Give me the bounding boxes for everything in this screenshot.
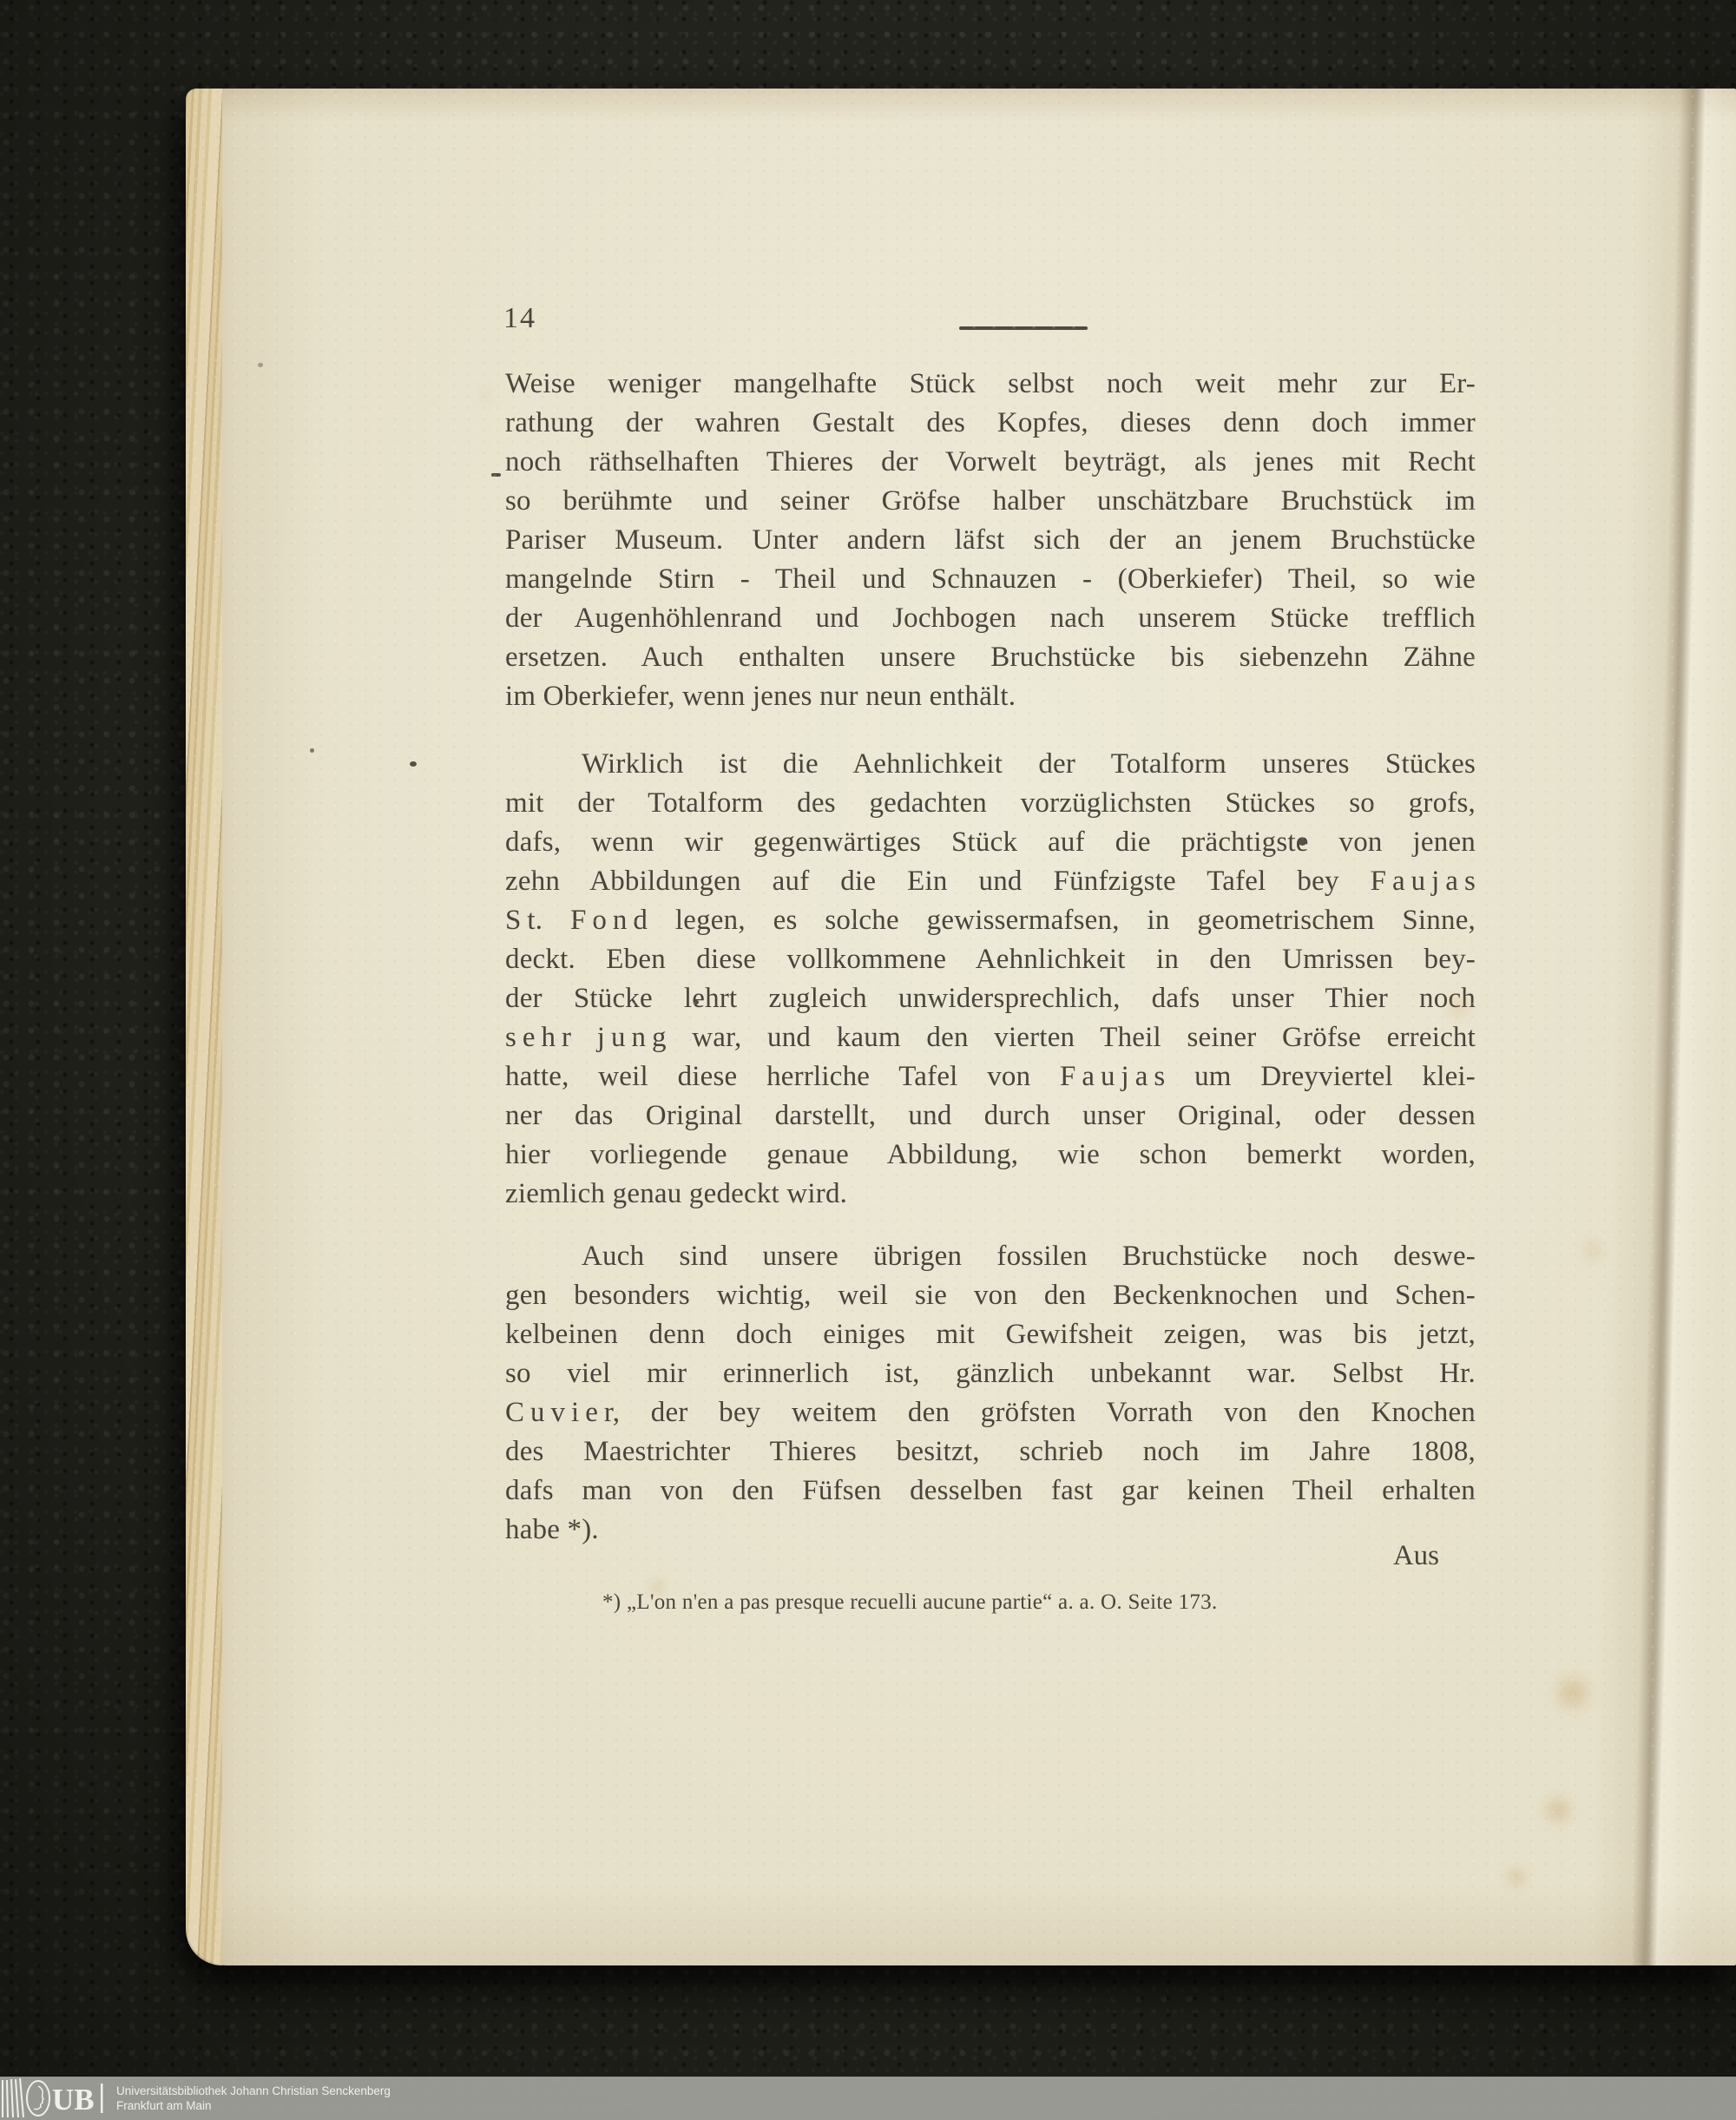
text-line: hatte, weil diese herrliche Tafel von F … [505, 1057, 1476, 1096]
foxing-stain [1443, 991, 1474, 1023]
ink-speck [1299, 839, 1306, 846]
portrait-medallion-icon [27, 2081, 49, 2116]
ink-speck [310, 748, 314, 753]
section-rule [959, 326, 1088, 330]
catchword: Aus [505, 1540, 1476, 1572]
watermark-city: Frankfurt am Main [116, 2098, 391, 2113]
watermark-library-name: Universitätsbibliothek Johann Christian … [116, 2084, 391, 2098]
ub-logo-text: UB [52, 2083, 95, 2117]
fanned-pages-icon [3, 2078, 23, 2117]
ink-speck [491, 473, 501, 477]
text-line: des Maestrichter Thieres besitzt, schrie… [505, 1432, 1476, 1471]
foxing-stain [1541, 1793, 1575, 1827]
text-line: Pariser Museum. Unter andern läfst sich … [505, 521, 1476, 560]
text-line: der Augenhöhlenrand und Jochbogen nach u… [505, 599, 1476, 638]
text-line: ner das Original darstellt, und durch un… [505, 1096, 1476, 1136]
text-line: noch räthselhaften Thieres der Vorwelt b… [505, 443, 1476, 482]
library-watermark-bar: UB Universitätsbibliothek Johann Christi… [0, 2077, 1736, 2120]
ink-speck [258, 363, 263, 367]
paragraph: Wirklich ist die Aehnlichkeit der Totalf… [505, 745, 1476, 1214]
text-line: der Stücke lehrt zugleich unwidersprechl… [505, 979, 1476, 1018]
foxing-stain [1504, 1865, 1529, 1889]
book-page: 14 Weise weniger mangelhafte Stück selbs… [186, 89, 1736, 1965]
footnote: *) „L'on n'en a pas presque recuelli auc… [505, 1590, 1476, 1615]
text-line: dafs man von den Füfsen desselben fast g… [505, 1471, 1476, 1511]
text-line: s e h r j u n g war, und kaum den vierte… [505, 1018, 1476, 1057]
text-line: zehn Abbildungen auf die Ein und Fünfzig… [505, 862, 1476, 901]
text-line: gen besonders wichtig, weil sie von den … [505, 1276, 1476, 1315]
ink-speck [694, 1000, 699, 1004]
paragraph: Auch sind unsere übrigen fossilen Bruchs… [505, 1237, 1476, 1550]
ink-speck [410, 761, 417, 767]
text-line: im Oberkiefer, wenn jenes nur neun enthä… [505, 677, 1476, 716]
text-line: kelbeinen denn doch einiges mit Gewifshe… [505, 1315, 1476, 1354]
page-number: 14 [503, 302, 536, 335]
paragraph: Weise weniger mangelhafte Stück selbst n… [505, 365, 1476, 716]
text-line: mangelnde Stirn - Theil und Schnauzen - … [505, 560, 1476, 599]
ub-logo: UB [0, 2077, 108, 2120]
text-line: dafs, wenn wir gegenwärtiges Stück auf d… [505, 823, 1476, 862]
foxing-stain [1579, 1236, 1607, 1264]
foxing-stain [1550, 1670, 1595, 1715]
text-line: rathung der wahren Gestalt des Kopfes, d… [505, 404, 1476, 443]
text-line: deckt. Eben diese vollkommene Aehnlichke… [505, 940, 1476, 979]
text-line: mit der Totalform des gedachten vorzügli… [505, 784, 1476, 823]
logo-separator [101, 2084, 103, 2113]
foxing-stain [648, 1578, 666, 1596]
scan-background: 14 Weise weniger mangelhafte Stück selbs… [0, 0, 1736, 2120]
foxing-stain [479, 388, 493, 402]
text-line: C u v i e r, der bey weitem den gröfsten… [505, 1393, 1476, 1432]
text-line: Auch sind unsere übrigen fossilen Bruchs… [505, 1237, 1476, 1276]
watermark-text: Universitätsbibliothek Johann Christian … [116, 2084, 391, 2113]
page-gutter-shadow [1588, 89, 1736, 1965]
text-line: hier vorliegende genaue Abbildung, wie s… [505, 1136, 1476, 1175]
page-fore-edge [186, 89, 222, 1965]
text-line: Wirklich ist die Aehnlichkeit der Totalf… [505, 745, 1476, 784]
text-line: ziemlich genau gedeckt wird. [505, 1175, 1476, 1214]
text-line: Weise weniger mangelhafte Stück selbst n… [505, 365, 1476, 404]
text-line: so viel mir erinnerlich ist, gänzlich un… [505, 1354, 1476, 1393]
text-line: S t. F o n d legen, es solche gewisserma… [505, 901, 1476, 940]
text-line: so berühmte und seiner Gröfse halber uns… [505, 482, 1476, 521]
text-line: ersetzen. Auch enthalten unsere Bruchstü… [505, 638, 1476, 677]
